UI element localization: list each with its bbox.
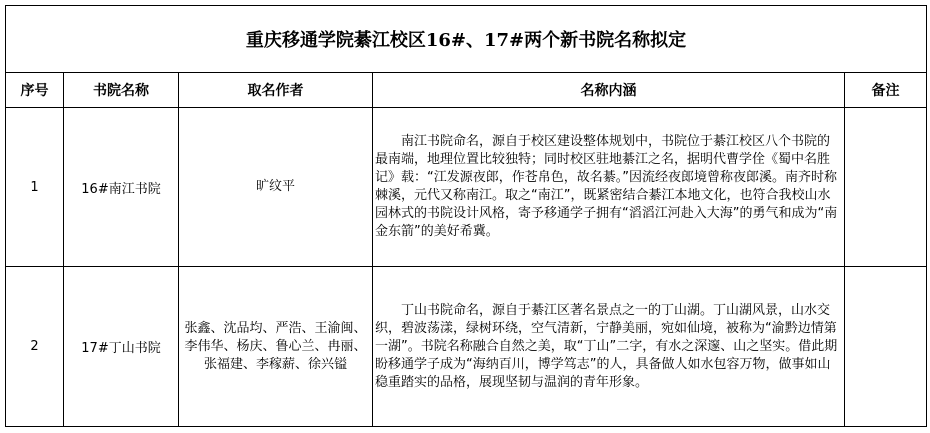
- header-row: 序号 书院名称 取名作者 名称内涵 备注: [6, 73, 927, 108]
- row-author: 张鑫、沈品均、严浩、王渝闽、李伟华、杨庆、鲁心兰、冉丽、张福建、李稼薪、徐兴镒: [179, 267, 373, 427]
- header-academy-name: 书院名称: [64, 73, 179, 108]
- header-author: 取名作者: [179, 73, 373, 108]
- title-row: 重庆移通学院綦江校区16#、17#两个新书院名称拟定: [6, 6, 927, 73]
- row-remarks: [845, 267, 927, 427]
- row-meaning-cell: 丁山书院命名，源自于綦江区著名景点之一的丁山湖。丁山湖风景，山水交织，碧波荡漾，…: [373, 267, 845, 427]
- header-index: 序号: [6, 73, 64, 108]
- table-row: 1 16#南江书院 旷纹平 南江书院命名，源自于校区建设整体规划中，书院位于綦江…: [6, 108, 927, 267]
- row-index: 1: [6, 108, 64, 267]
- row-meaning: 丁山书院命名，源自于綦江区著名景点之一的丁山湖。丁山湖风景，山水交织，碧波荡漾，…: [375, 302, 838, 392]
- row-academy-name: 16#南江书院: [64, 108, 179, 267]
- table-row: 2 17#丁山书院 张鑫、沈品均、严浩、王渝闽、李伟华、杨庆、鲁心兰、冉丽、张福…: [6, 267, 927, 427]
- row-remarks: [845, 108, 927, 267]
- academy-naming-table: 重庆移通学院綦江校区16#、17#两个新书院名称拟定 序号 书院名称 取名作者 …: [5, 5, 927, 427]
- row-index: 2: [6, 267, 64, 427]
- header-meaning: 名称内涵: [373, 73, 845, 108]
- document-title: 重庆移通学院綦江校区16#、17#两个新书院名称拟定: [6, 6, 927, 73]
- row-academy-name: 17#丁山书院: [64, 267, 179, 427]
- row-meaning-cell: 南江书院命名，源自于校区建设整体规划中，书院位于綦江校区八个书院的最南端，地理位…: [373, 108, 845, 267]
- header-remarks: 备注: [845, 73, 927, 108]
- row-author: 旷纹平: [179, 108, 373, 267]
- row-meaning: 南江书院命名，源自于校区建设整体规划中，书院位于綦江校区八个书院的最南端，地理位…: [375, 133, 838, 241]
